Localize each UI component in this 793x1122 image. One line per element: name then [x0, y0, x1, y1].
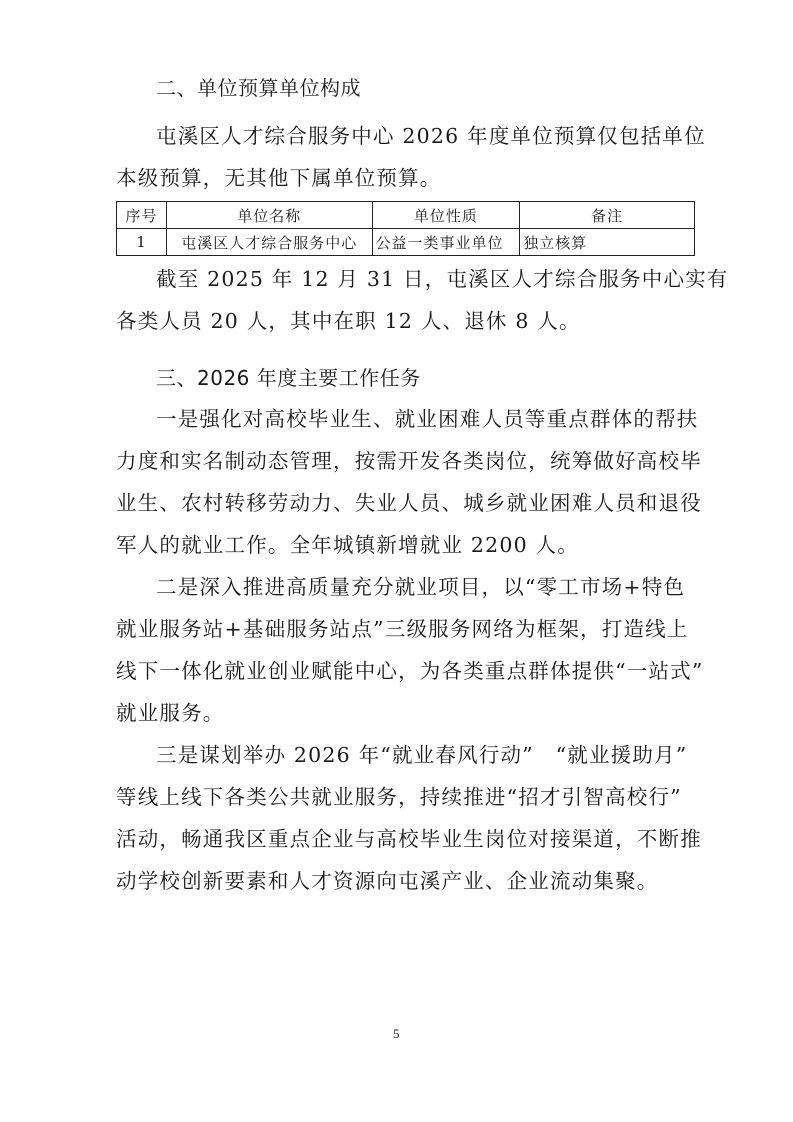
paragraph-line: 一是强化对高校毕业生、就业困难人员等重点群体的帮扶: [156, 405, 699, 433]
cell-unit-nature: 公益一类事业单位: [372, 229, 520, 256]
paragraph-line: 就业服务站+基础服务站点”三级服务网络为框架，打造线上: [116, 615, 689, 643]
section-heading-unit-composition: 二、单位预算单位构成: [156, 74, 361, 102]
header-remarks: 备注: [520, 202, 695, 229]
paragraph-line: 力度和实名制动态管理，按需开发各类岗位，统筹做好高校毕: [116, 447, 702, 475]
paragraph-line: 就业服务。: [116, 699, 225, 727]
page-number: 5: [393, 1026, 400, 1042]
header-unit-name: 单位名称: [166, 202, 372, 229]
paragraph-line: 本级预算，无其他下属单位预算。: [116, 164, 442, 192]
paragraph-line: 动学校创新要素和人才资源向屯溪产业、企业流动集聚。: [116, 867, 659, 895]
cell-index: 1: [117, 229, 167, 256]
paragraph-line: 军人的就业工作。全年城镇新增就业 2200 人。: [116, 531, 579, 559]
table-header-row: 序号 单位名称 单位性质 备注: [117, 202, 695, 229]
paragraph-line: 截至 2025 年 12 月 31 日，屯溪区人才综合服务中心实有: [156, 265, 729, 293]
paragraph-line: 等线上线下各类公共就业服务，持续推进“招才引智高校行”: [116, 783, 682, 811]
table-row: 1 屯溪区人才综合服务中心 公益一类事业单位 独立核算: [117, 229, 695, 256]
paragraph-line: 屯溪区人才综合服务中心 2026 年度单位预算仅包括单位: [156, 122, 706, 150]
paragraph-line: 线下一体化就业创业赋能中心，为各类重点群体提供“一站式”: [116, 657, 704, 685]
cell-unit-name: 屯溪区人才综合服务中心: [166, 229, 372, 256]
paragraph-line: 二是深入推进高质量充分就业项目，以“零工市场+特色: [156, 573, 685, 601]
paragraph-line: 各类人员 20 人，其中在职 12 人、退休 8 人。: [116, 307, 581, 335]
section-heading-work-tasks: 三、2026 年度主要工作任务: [156, 364, 421, 392]
header-unit-nature: 单位性质: [372, 202, 520, 229]
header-index: 序号: [117, 202, 167, 229]
cell-remarks: 独立核算: [520, 229, 695, 256]
unit-table: 序号 单位名称 单位性质 备注 1 屯溪区人才综合服务中心 公益一类事业单位 独…: [116, 201, 695, 256]
paragraph-line: 三是谋划举办 2026 年“就业春风行动” “就业援助月”: [156, 741, 687, 769]
paragraph-line: 活动，畅通我区重点企业与高校毕业生岗位对接渠道，不断推: [116, 825, 702, 853]
paragraph-line: 业生、农村转移劳动力、失业人员、城乡就业困难人员和退役: [116, 489, 702, 517]
